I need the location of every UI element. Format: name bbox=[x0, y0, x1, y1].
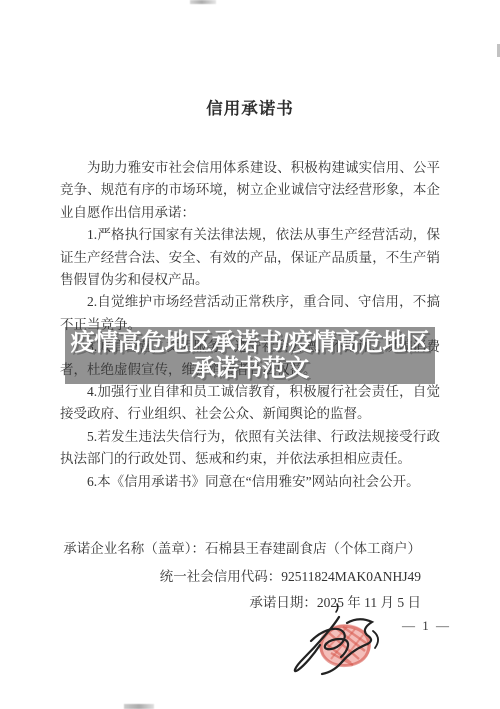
credit-code-line: 统一社会信用代码：92511824MAK0ANHJ49 bbox=[160, 565, 421, 585]
watermark-line-1: 疫情高危地区承诺书/疫情高危地区 bbox=[50, 330, 450, 356]
watermark-line-2: 承诺书范文 bbox=[50, 356, 450, 382]
commitment-item-4: 4.加强行业自律和员工诚信教育，积极履行社会责任，自觉接受政府、行业组织、社会公… bbox=[60, 381, 440, 426]
commitment-item-1: 1.严格执行国家有关法律法规，依法从事生产经营活动，保证生产经营合法、安全、有效… bbox=[60, 224, 440, 291]
scan-smudge-bottom bbox=[124, 704, 154, 709]
document-body: 为助力雅安市社会信用体系建设、积极构建诚实信用、公平竞争、规范有序的市场环境，树… bbox=[60, 157, 440, 493]
intro-paragraph: 为助力雅安市社会信用体系建设、积极构建诚实信用、公平竞争、规范有序的市场环境，树… bbox=[60, 157, 440, 224]
seal-and-signature bbox=[283, 601, 401, 686]
commitment-item-6: 6.本《信用承诺书》同意在“信用雅安”网站向社会公开。 bbox=[60, 471, 440, 493]
document-title: 信用承诺书 bbox=[0, 95, 500, 119]
company-name-line: 承诺企业名称（盖章）：石棉县王春建副食店（个体工商户） bbox=[63, 537, 421, 557]
page-number: — 1 — bbox=[402, 618, 451, 634]
document-page: 信用承诺书 为助力雅安市社会信用体系建设、积极构建诚实信用、公平竞争、规范有序的… bbox=[0, 0, 500, 709]
watermark-text: 疫情高危地区承诺书/疫情高危地区 承诺书范文 bbox=[50, 330, 450, 382]
commitment-item-5: 5.若发生违法失信行为，依照有关法律、行政法规接受行政执法部门的行政处罚、惩戒和… bbox=[60, 426, 440, 471]
scan-smudge-top bbox=[190, 0, 216, 4]
